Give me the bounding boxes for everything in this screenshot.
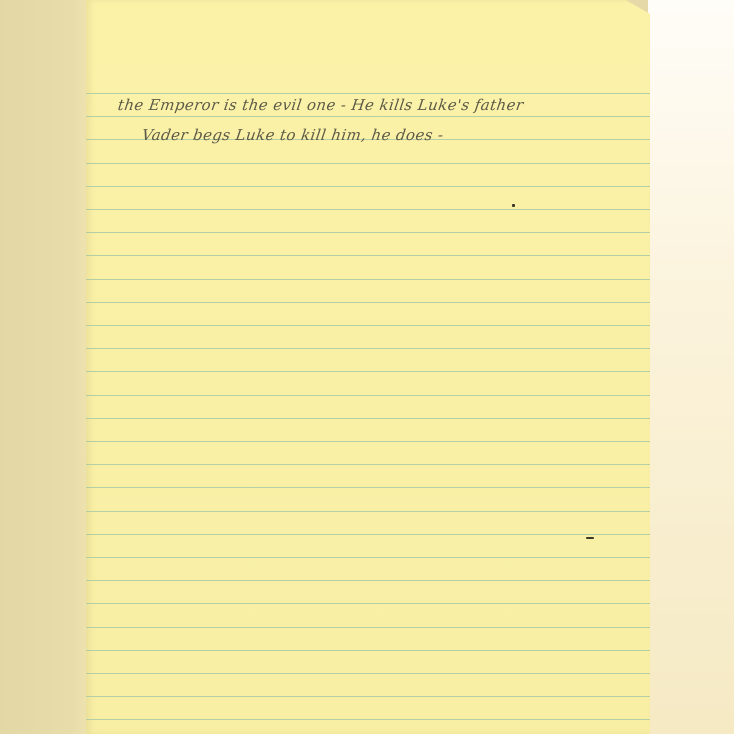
ruled-line xyxy=(86,279,650,280)
ruled-line xyxy=(86,116,650,117)
background-right xyxy=(648,0,734,734)
ruled-line xyxy=(86,603,650,604)
ruled-line xyxy=(86,627,650,628)
ruled-line xyxy=(86,487,650,488)
ruled-line xyxy=(86,580,650,581)
ruled-line xyxy=(86,325,650,326)
handwritten-line-1: the Emperor is the evil one - He kills L… xyxy=(117,96,525,114)
ruled-line xyxy=(86,209,650,210)
ruled-line xyxy=(86,511,650,512)
ruled-line xyxy=(86,232,650,233)
ruled-line xyxy=(86,650,650,651)
ruled-line xyxy=(86,302,650,303)
handwritten-line-2: Vader begs Luke to kill him, he does - xyxy=(141,126,445,144)
ink-speck xyxy=(512,204,515,207)
ruled-line xyxy=(86,163,650,164)
ruled-line xyxy=(86,441,650,442)
ink-mark xyxy=(586,537,594,539)
ruled-line xyxy=(86,93,650,94)
ruled-line xyxy=(86,534,650,535)
background-left xyxy=(0,0,90,734)
ruled-line xyxy=(86,418,650,419)
ruled-line xyxy=(86,371,650,372)
ruled-line xyxy=(86,255,650,256)
ruled-line xyxy=(86,464,650,465)
ruled-line xyxy=(86,395,650,396)
legal-pad-page: the Emperor is the evil one - He kills L… xyxy=(86,0,650,734)
ruled-line xyxy=(86,557,650,558)
ruled-line xyxy=(86,186,650,187)
ruled-line xyxy=(86,673,650,674)
ruled-line xyxy=(86,719,650,720)
ruled-line xyxy=(86,348,650,349)
ruled-line xyxy=(86,696,650,697)
